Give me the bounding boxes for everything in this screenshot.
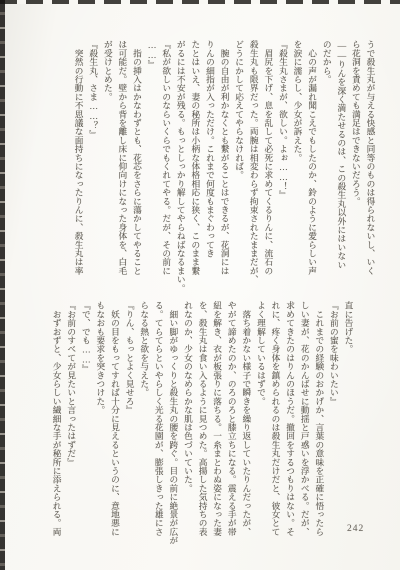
scan-edge-top: [0, 0, 400, 4]
lower-text-block: 直に告げた。 『お前の蜜を味わいたい』 これまでの経験のおかげか、言葉の意味を正…: [26, 301, 356, 559]
page-number: 242: [347, 524, 364, 534]
upper-text-block: うで殺生丸が与える快感と同等のものは得られないし、いく ら花洞を責めても満足はで…: [48, 40, 378, 298]
scanned-book-page: うで殺生丸が与える快感と同等のものは得られないし、いく ら花洞を責めても満足はで…: [0, 0, 400, 570]
scan-edge-left: [0, 0, 5, 570]
